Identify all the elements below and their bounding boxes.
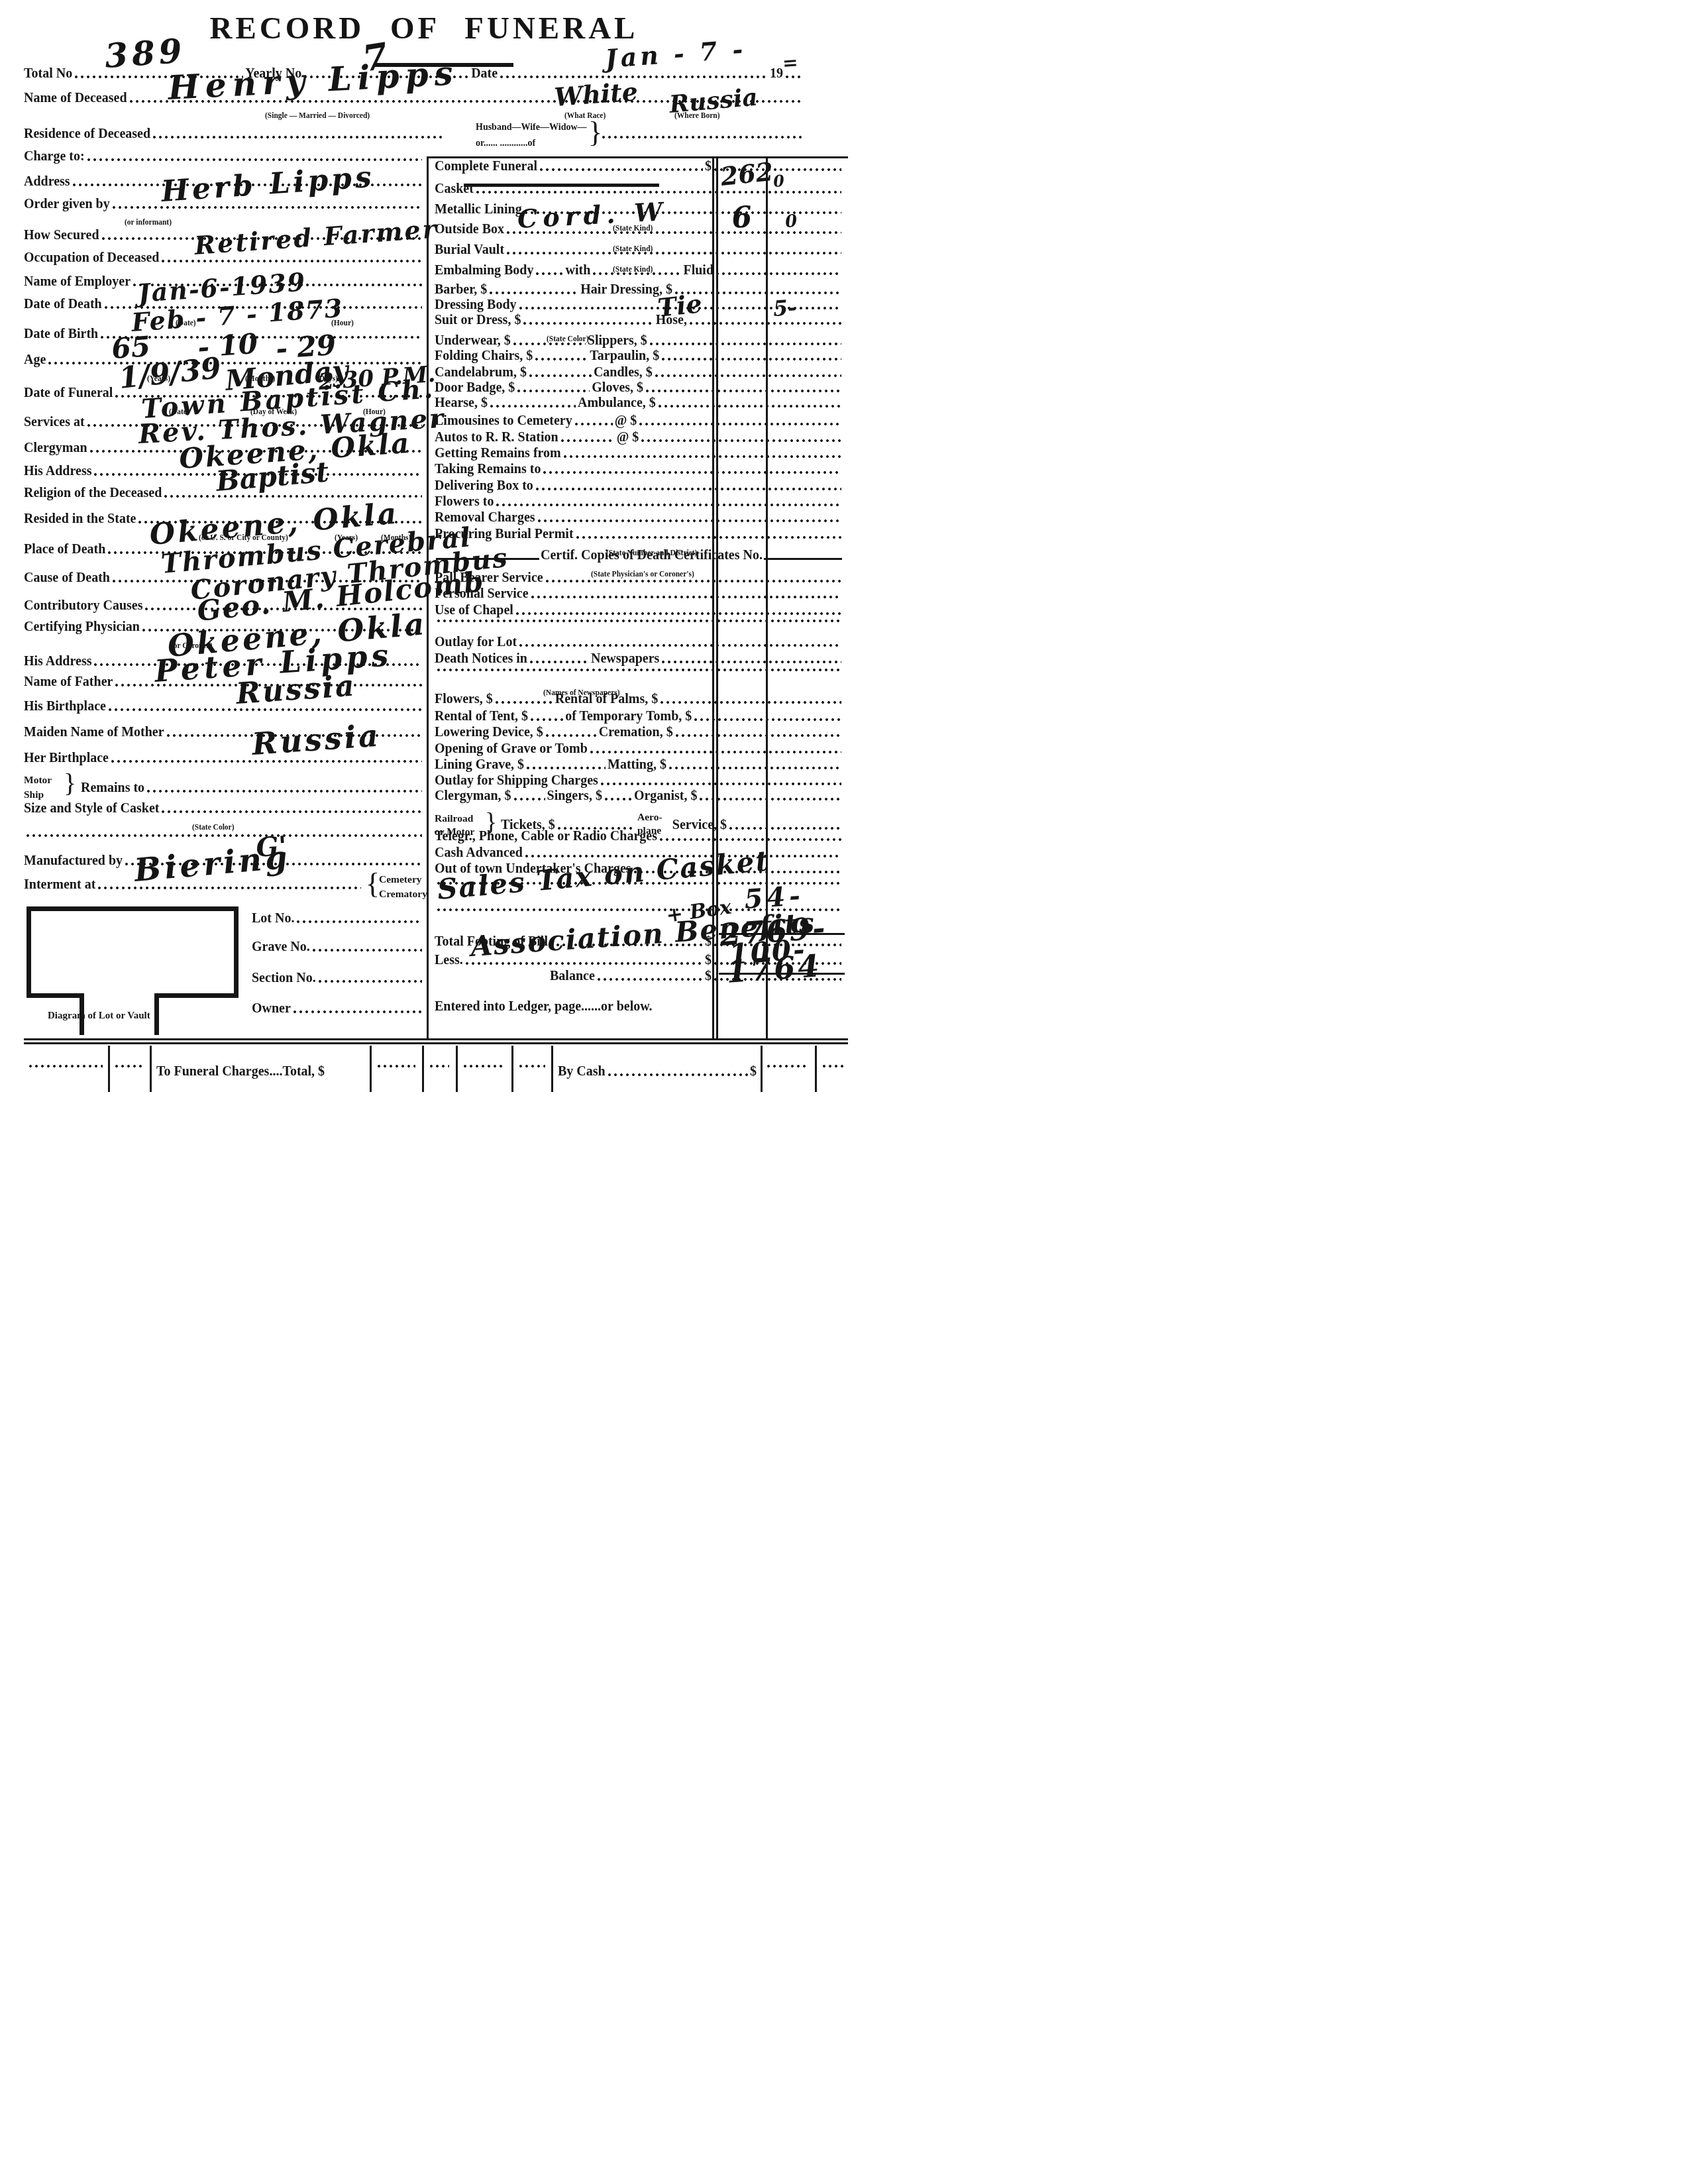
candles-label: Candles, $ <box>594 365 653 380</box>
motor-label: Motor <box>24 774 52 787</box>
charge-burial-permit: Procuring Burial Permit <box>435 527 843 541</box>
strip-rule-6 <box>511 1046 513 1092</box>
strip-rule-5 <box>456 1046 458 1092</box>
dotted-leader <box>699 797 841 801</box>
dotted-leader <box>767 1064 809 1068</box>
by-cash-dollar-sign: $ <box>750 1064 757 1079</box>
dotted-leader <box>465 961 703 965</box>
charge-embalming: Embalming Body with Fluid <box>435 263 843 278</box>
dotted-leader <box>519 1064 545 1068</box>
dotted-leader <box>26 834 422 838</box>
newspapers-label: Newspapers <box>591 651 659 666</box>
dotted-leader <box>592 272 681 276</box>
charge-limousines: Limousines to Cemetery @ $ <box>435 413 843 428</box>
casket-size-label: Size and Style of Casket <box>24 801 159 816</box>
dotted-leader <box>545 579 841 583</box>
charge-removal: Removal Charges <box>435 510 843 525</box>
strip-rule-2 <box>150 1046 152 1092</box>
singers-label: Singers, $ <box>547 789 602 803</box>
hw-total-no: 389 <box>104 34 187 73</box>
date-label: Date <box>471 66 498 81</box>
dotted-leader <box>296 920 422 924</box>
services-at-label: Services at <box>24 415 85 429</box>
taking-remains-label: Taking Remains to <box>435 462 541 476</box>
burial-vault-label: Burial Vault <box>435 243 504 257</box>
aero-label-1: Aero- <box>637 811 662 824</box>
dotted-leader <box>112 205 422 209</box>
strip-funeral-charges: To Funeral Charges....Total, $ <box>156 1064 325 1079</box>
strip-rule-1 <box>108 1046 110 1092</box>
dotted-leader <box>463 1064 505 1068</box>
field-grave-no: Grave No. <box>252 940 424 954</box>
hw-born: Russia <box>668 85 759 117</box>
charge-certif-copies: Certif. Copies of Death Certificates No. <box>435 548 843 563</box>
railroad-label: Railroad <box>435 812 473 825</box>
dotted-leader <box>437 668 841 672</box>
maiden-name-label: Maiden Name of Mother <box>24 725 164 739</box>
dotted-leader <box>115 1064 144 1068</box>
dotted-leader <box>429 1064 449 1068</box>
outside-box-label: Outside Box <box>435 222 504 237</box>
strip-dots-8 <box>820 1064 847 1070</box>
charge-use-of-chapel: Use of Chapel <box>435 603 843 618</box>
flowers-to-label: Flowers to <box>435 494 494 509</box>
dotted-leader <box>574 422 613 426</box>
dotted-leader <box>785 75 804 79</box>
underwear-label: Underwear, $ <box>435 333 511 348</box>
clergyman-fee-label: Clergyman, $ <box>435 789 511 803</box>
autos-label: Autos to R. R. Station <box>435 430 558 445</box>
slippers-label: Slippers, $ <box>588 333 647 348</box>
blank-dotted-row-1 <box>435 619 843 625</box>
date-of-funeral-label: Date of Funeral <box>24 386 113 400</box>
dotted-leader <box>539 168 703 172</box>
diagram-caption: Diagram of Lot or Vault <box>48 1010 150 1022</box>
rental-palms-label: Rental of Palms, $ <box>555 692 659 706</box>
dressing-body-label: Dressing Body <box>435 298 517 312</box>
lining-grave-label: Lining Grave, $ <box>435 757 524 772</box>
dotted-leader <box>535 272 563 276</box>
dotted-leader <box>715 272 841 276</box>
marital-sub-label: (Single — Married — Divorced) <box>265 112 370 120</box>
dotted-leader <box>513 342 586 346</box>
owner-label: Owner <box>252 1001 291 1016</box>
strip-by-cash: By Cash $ <box>558 1064 757 1079</box>
shipping-charges-label: Outlay for Shipping Charges <box>435 773 598 788</box>
right-column-top-rule <box>427 156 848 158</box>
charge-burial-vault: Burial Vault <box>435 243 843 257</box>
suit-label: Suit or Dress, $ <box>435 313 521 327</box>
bottom-double-rule-2 <box>24 1042 848 1044</box>
address-label: Address <box>24 174 70 189</box>
limousines-label: Limousines to Cemetery <box>435 413 572 428</box>
charge-clergyman-singers: Clergyman, $ Singers, $ Organist, $ <box>435 789 843 803</box>
charge-shipping: Outlay for Shipping Charges <box>435 773 843 788</box>
dotted-leader <box>318 979 422 983</box>
field-section-no: Section No. <box>252 971 424 985</box>
dotted-leader <box>152 135 444 139</box>
dotted-leader <box>535 357 588 361</box>
strip-dots-5 <box>461 1064 507 1070</box>
hw-her-birthplace: Russia <box>251 720 382 759</box>
grave-no-label: Grave No. <box>252 940 310 954</box>
outlay-for-lot-label: Outlay for Lot <box>435 635 517 649</box>
dotted-leader <box>608 1073 748 1077</box>
hw-casket-amount: 262 <box>719 159 774 190</box>
cash-advanced-label: Cash Advanced <box>435 846 523 860</box>
religion-label: Religion of the Deceased <box>24 486 162 500</box>
casket-label: Casket <box>435 182 474 196</box>
getting-remains-label: Getting Remains from <box>435 446 561 461</box>
year-prefix: 19 <box>770 66 783 81</box>
by-cash-label: By Cash <box>558 1064 606 1079</box>
physician-label: Certifying Physician <box>24 620 140 634</box>
charge-door-badge: Door Badge, $ Gloves, $ <box>435 380 843 395</box>
autos-at-label: @ $ <box>617 430 639 445</box>
hw-race: White <box>553 79 639 110</box>
crematory-label: Crematory <box>379 888 427 901</box>
interment-at-label: Interment at <box>24 877 95 892</box>
residence-label: Residence of Deceased <box>24 127 150 141</box>
strip-dots-4 <box>427 1064 451 1070</box>
dotted-leader <box>602 135 804 139</box>
charge-barber: Barber, $ Hair Dressing, $ <box>435 282 843 297</box>
dotted-leader <box>496 503 841 507</box>
entered-ledger-label: Entered into Ledger, page......or below. <box>435 999 653 1014</box>
dotted-leader <box>519 643 841 647</box>
ship-label: Ship <box>24 789 44 801</box>
name-label: Name of Deceased <box>24 91 127 105</box>
opening-grave-label: Opening of Grave or Tomb <box>435 741 588 756</box>
dotted-leader <box>515 612 841 616</box>
row-residence: Residence of Deceased <box>24 127 806 141</box>
embalming-fluid-label: Fluid <box>683 263 714 278</box>
remains-to-label: Remains to <box>81 781 144 795</box>
charge-lowering-device: Lowering Device, $ Cremation, $ <box>435 725 843 739</box>
how-secured-label: How Secured <box>24 228 99 243</box>
clergyman-label: Clergyman <box>24 441 87 455</box>
tarpaulin-label: Tarpaulin, $ <box>590 349 659 363</box>
section-no-label: Section No. <box>252 971 316 985</box>
relation-brace: } <box>588 119 602 146</box>
resided-label: Resided in the State <box>24 512 136 526</box>
dotted-leader <box>529 374 592 378</box>
dotted-leader <box>576 535 841 539</box>
hw-outside-box-amount: 6 <box>731 203 753 233</box>
dotted-leader <box>543 470 841 474</box>
motor-ship-brace: } <box>64 771 76 795</box>
her-birthplace-label: Her Birthplace <box>24 751 109 765</box>
solid-underline <box>764 558 842 560</box>
hearse-label: Hearse, $ <box>435 396 488 410</box>
dotted-leader <box>146 789 422 793</box>
date-of-death-label: Date of Death <box>24 297 102 311</box>
his-address-1-label: His Address <box>24 464 91 478</box>
dotted-leader <box>560 439 615 443</box>
strip-dots-7 <box>765 1064 811 1070</box>
hw-his-birthplace: Russia <box>235 671 357 709</box>
metallic-lining-label: Metallic Lining <box>435 202 522 217</box>
embalming-with-label: with <box>565 263 590 278</box>
barber-label: Barber, $ <box>435 282 487 297</box>
strip-dots-1 <box>26 1064 105 1070</box>
charge-personal-service: Personal Service <box>435 586 843 601</box>
strip-rule-9 <box>815 1046 817 1092</box>
strip-dots-6 <box>517 1064 547 1070</box>
dotted-leader <box>655 374 841 378</box>
dotted-leader <box>659 838 841 842</box>
charge-death-notices: Death Notices in Newspapers <box>435 651 843 666</box>
charge-taking-remains: Taking Remains to <box>435 462 843 476</box>
dotted-leader <box>476 190 841 194</box>
hw-outside-box-cents: 0 <box>784 213 798 231</box>
his-address-2-label: His Address <box>24 654 91 669</box>
charge-autos: Autos to R. R. Station @ $ <box>435 430 843 445</box>
dotted-leader <box>523 321 653 325</box>
hw-outside-box: Cord. W <box>517 199 668 232</box>
dotted-leader <box>161 810 422 814</box>
removal-charges-label: Removal Charges <box>435 510 535 525</box>
strip-rule-8 <box>761 1046 763 1092</box>
folding-chairs-label: Folding Chairs, $ <box>435 349 533 363</box>
dotted-leader <box>517 389 590 393</box>
dollar-sign: $ <box>705 159 712 174</box>
diagram-left-edge <box>26 906 31 998</box>
occupation-label: Occupation of Deceased <box>24 250 159 265</box>
diagram-bottom-left <box>26 993 84 998</box>
date-of-birth-label: Date of Birth <box>24 327 98 341</box>
strip-rule-7 <box>551 1046 553 1092</box>
father-label: Name of Father <box>24 675 113 689</box>
candelabrum-label: Candelabrum, $ <box>435 365 527 380</box>
balance-dollar-sign: $ <box>705 969 712 983</box>
dotted-leader <box>437 619 841 623</box>
dotted-leader <box>489 291 578 295</box>
dotted-leader <box>531 595 841 599</box>
hw-suit-cents: 5- <box>772 297 798 319</box>
dotted-leader <box>530 718 563 722</box>
charge-pall-bearer: Pall Bearer Service <box>435 571 843 585</box>
cemetery-label: Cemetery <box>379 873 422 886</box>
dotted-leader <box>490 404 576 408</box>
place-of-death-label: Place of Death <box>24 542 105 557</box>
charge-flowers-to: Flowers to <box>435 494 843 509</box>
charge-getting-remains: Getting Remains from <box>435 446 843 461</box>
gloves-label: Gloves, $ <box>592 380 643 395</box>
burial-permit-label: Procuring Burial Permit <box>435 527 574 541</box>
pall-bearer-label: Pall Bearer Service <box>435 571 543 585</box>
charge-outlay-for-lot: Outlay for Lot <box>435 635 843 649</box>
diagram-bottom-right <box>154 993 238 998</box>
age-label: Age <box>24 353 46 367</box>
informant-sub-label: (or informant) <box>125 219 172 227</box>
certif-copies-label: Certif. Copies of Death Certificates No. <box>541 548 763 563</box>
dotted-leader <box>668 766 841 770</box>
funeral-charges-total-label: To Funeral Charges....Total, $ <box>156 1064 325 1079</box>
flowers-label: Flowers, $ <box>435 692 493 706</box>
diagram-stub-right <box>154 998 159 1035</box>
strip-dots-2 <box>113 1064 146 1070</box>
dotted-leader <box>293 1010 422 1014</box>
dotted-leader <box>600 782 841 786</box>
death-notices-label: Death Notices in <box>435 651 527 666</box>
dotted-leader <box>312 948 422 952</box>
field-casket-size: Size and Style of Casket <box>24 801 424 816</box>
field-remains-to: Remains to <box>81 781 424 795</box>
hw-year-dash: = <box>782 53 798 73</box>
dotted-leader <box>495 700 553 704</box>
delivering-box-label: Delivering Box to <box>435 478 533 493</box>
entered-ledger-row: Entered into Ledger, page......or below. <box>435 999 843 1014</box>
telegraph-label: Telegr., Phone, Cable or Radio Charges <box>435 829 657 844</box>
total-no-label: Total No <box>24 66 72 81</box>
charge-hearse: Hearse, $ Ambulance, $ <box>435 396 843 410</box>
dotted-leader <box>661 660 841 664</box>
less-label: Less. <box>435 953 463 967</box>
hw-balance-amount: 1764 <box>725 950 823 987</box>
solid-underline <box>436 558 539 560</box>
charge-underwear: Underwear, $ Slippers, $ <box>435 333 843 348</box>
dotted-leader <box>28 1064 103 1068</box>
dotted-leader <box>526 766 606 770</box>
contributory-label: Contributory Causes <box>24 598 142 613</box>
field-lot-no: Lot No. <box>252 911 424 926</box>
order-given-by-label: Order given by <box>24 197 110 211</box>
charge-candelabrum: Candelabrum, $ Candles, $ <box>435 365 843 380</box>
charge-folding-chairs: Folding Chairs, $ Tarpaulin, $ <box>435 349 843 363</box>
less-dollar-sign: $ <box>705 953 712 967</box>
diagram-top-edge <box>26 906 238 911</box>
dotted-leader <box>694 718 841 722</box>
strip-rule-3 <box>370 1046 372 1092</box>
manufactured-by-label: Manufactured by <box>24 853 123 868</box>
hw-casket-cents: 0 <box>772 173 784 190</box>
dotted-leader <box>377 1064 415 1068</box>
limousines-at-label: @ $ <box>615 413 637 428</box>
organist-label: Organist, $ <box>634 789 698 803</box>
door-badge-label: Door Badge, $ <box>435 380 515 395</box>
dotted-leader <box>645 389 841 393</box>
personal-service-label: Personal Service <box>435 586 529 601</box>
relation-line1: Husband—Wife—Widow— <box>476 122 587 134</box>
field-his-birthplace: His Birthplace <box>24 699 424 714</box>
dotted-leader <box>604 797 632 801</box>
dotted-leader <box>563 455 841 459</box>
dotted-leader <box>658 404 841 408</box>
dotted-leader <box>689 321 841 325</box>
bottom-double-rule-1 <box>24 1038 848 1040</box>
charge-lining-grave: Lining Grave, $ Matting, $ <box>435 757 843 772</box>
embalming-label: Embalming Body <box>435 263 533 278</box>
matting-label: Matting, $ <box>608 757 666 772</box>
cause-of-death-label: Cause of Death <box>24 571 110 585</box>
funeral-record-page: RECORD OF FUNERAL Total No Yearly No Dat… <box>0 0 848 1092</box>
complete-funeral-label: Complete Funeral <box>435 159 537 174</box>
his-birthplace-label: His Birthplace <box>24 699 106 714</box>
dotted-leader <box>506 251 841 255</box>
dotted-leader <box>529 660 589 664</box>
use-of-chapel-label: Use of Chapel <box>435 603 513 618</box>
dotted-leader <box>660 700 841 704</box>
temporary-tomb-label: of Temporary Tomb, $ <box>565 709 692 724</box>
dotted-leader <box>661 357 841 361</box>
relation-line2: or...... ............of <box>476 138 535 150</box>
dotted-leader <box>822 1064 845 1068</box>
dotted-leader <box>641 439 841 443</box>
cemetery-brace: { <box>366 871 380 897</box>
employer-label: Name of Employer <box>24 274 131 289</box>
strip-dots-3 <box>375 1064 417 1070</box>
charge-telegraph: Telegr., Phone, Cable or Radio Charges <box>435 829 843 844</box>
dotted-leader <box>537 519 841 523</box>
strip-rule-4 <box>422 1046 424 1092</box>
blank-dotted-row-left <box>24 834 424 840</box>
lowering-device-label: Lowering Device, $ <box>435 725 543 739</box>
charge-flowers: Flowers, $ Rental of Palms, $ <box>435 692 843 706</box>
balance-label: Balance <box>550 969 595 983</box>
dotted-leader <box>513 797 545 801</box>
ambulance-label: Ambulance, $ <box>578 396 656 410</box>
dotted-leader <box>597 977 703 981</box>
charge-opening-grave: Opening of Grave or Tomb <box>435 741 843 756</box>
cremation-label: Cremation, $ <box>599 725 673 739</box>
charge-to-label: Charge to: <box>24 149 85 164</box>
dotted-leader <box>535 487 841 491</box>
dotted-leader <box>639 422 841 426</box>
dotted-leader <box>545 734 597 737</box>
dotted-leader <box>649 342 841 346</box>
field-owner: Owner <box>252 1001 424 1016</box>
rental-tent-label: Rental of Tent, $ <box>435 709 528 724</box>
dotted-leader <box>675 734 841 737</box>
hw-hose-tie: Tie <box>657 291 703 321</box>
state-color-sub-left: (State Color) <box>192 824 235 832</box>
diagram-right-edge <box>234 906 238 998</box>
charge-rental-tent: Rental of Tent, $ of Temporary Tomb, $ <box>435 709 843 724</box>
charge-delivering-box: Delivering Box to <box>435 478 843 493</box>
lot-no-label: Lot No. <box>252 911 294 926</box>
dotted-leader <box>590 750 841 754</box>
blank-dotted-row-2 <box>435 668 843 674</box>
